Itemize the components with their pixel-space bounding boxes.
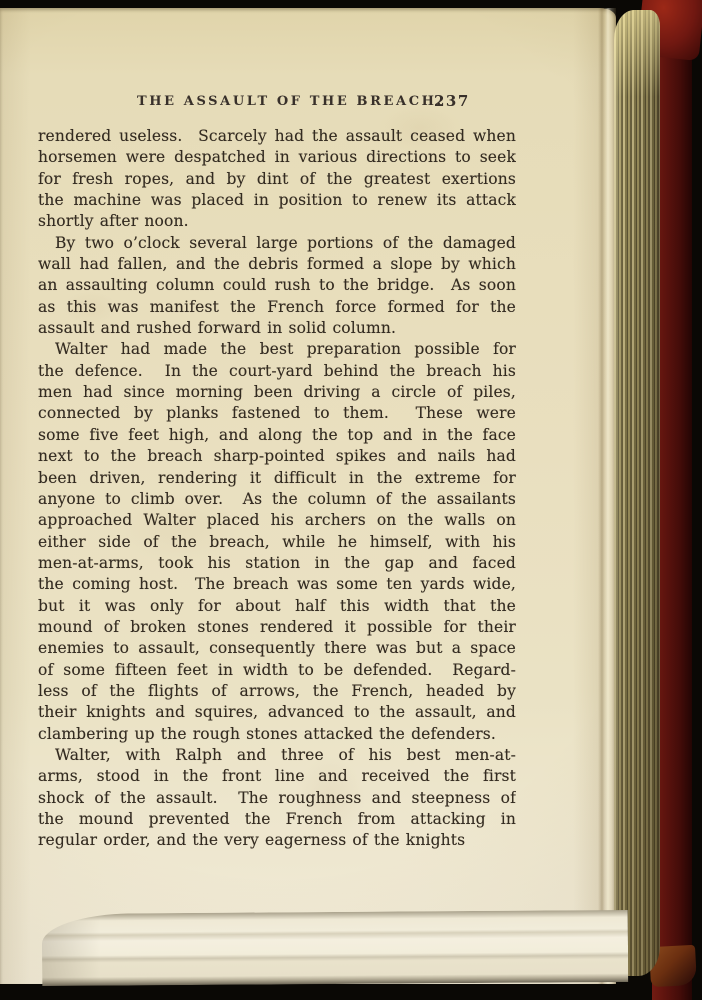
text-line: men-at-arms, took his station in the gap…	[38, 553, 516, 574]
text-line: as this was manifest the French force fo…	[38, 297, 516, 318]
text-line: rendered useless. Scarcely had the assau…	[38, 126, 516, 147]
text-line: less of the flights of arrows, the Frenc…	[38, 681, 516, 702]
text-line: the defence. In the court-yard behind th…	[38, 361, 516, 382]
page-number: 237	[434, 92, 470, 110]
text-line: but it was only for about half this widt…	[38, 596, 516, 617]
text-line: Walter, with Ralph and three of his best…	[38, 745, 516, 766]
chapter-running-title: THE ASSAULT OF THE BREACH.	[137, 94, 444, 109]
text-line: the machine was placed in position to re…	[38, 190, 516, 211]
paragraph: By two o’clock several large portions of…	[38, 233, 516, 340]
text-line: clambering up the rough stones attacked …	[38, 724, 516, 745]
paragraph: Walter had made the best preparation pos…	[38, 339, 516, 745]
text-line: either side of the breach, while he hims…	[38, 532, 516, 553]
text-line: the coming host. The breach was some ten…	[38, 574, 516, 595]
text-line: of some fifteen feet in width to be defe…	[38, 660, 516, 681]
running-head: THE ASSAULT OF THE BREACH. 237	[38, 94, 516, 112]
text-line: been driven, rendering it difficult in t…	[38, 468, 516, 489]
book-scan-scene: THE ASSAULT OF THE BREACH. 237 rendered …	[0, 0, 702, 1000]
text-line: By two o’clock several large portions of…	[38, 233, 516, 254]
text-line: men had since morning been driving a cir…	[38, 382, 516, 403]
text-block: rendered useless. Scarcely had the assau…	[38, 126, 516, 852]
text-line: regular order, and the very eagerness of…	[38, 830, 516, 851]
text-line: connected by planks fastened to them. Th…	[38, 403, 516, 424]
paragraph: rendered useless. Scarcely had the assau…	[38, 126, 516, 233]
text-line: anyone to climb over. As the column of t…	[38, 489, 516, 510]
text-line: assault and rushed forward in solid colu…	[38, 318, 516, 339]
text-line: their knights and squires, advanced to t…	[38, 702, 516, 723]
text-line: for fresh ropes, and by dint of the grea…	[38, 169, 516, 190]
text-line: some five feet high, and along the top a…	[38, 425, 516, 446]
text-line: mound of broken stones rendered it possi…	[38, 617, 516, 638]
text-line: shock of the assault. The roughness and …	[38, 788, 516, 809]
paragraph: Walter, with Ralph and three of his best…	[38, 745, 516, 852]
text-line: shortly after noon.	[38, 211, 516, 232]
book-fore-edge-pages	[614, 10, 660, 976]
text-line: horsemen were despatched in various dire…	[38, 147, 516, 168]
text-line: enemies to assault, consequently there w…	[38, 638, 516, 659]
text-line: arms, stood in the front line and receiv…	[38, 766, 516, 787]
text-line: next to the breach sharp-pointed spikes …	[38, 446, 516, 467]
page-text: THE ASSAULT OF THE BREACH. 237 rendered …	[38, 94, 516, 852]
text-line: the mound prevented the French from atta…	[38, 809, 516, 830]
page-bottom-edges	[42, 910, 628, 986]
text-line: an assaulting column could rush to the b…	[38, 275, 516, 296]
text-line: wall had fallen, and the debris formed a…	[38, 254, 516, 275]
text-line: Walter had made the best preparation pos…	[38, 339, 516, 360]
text-line: approached Walter placed his archers on …	[38, 510, 516, 531]
